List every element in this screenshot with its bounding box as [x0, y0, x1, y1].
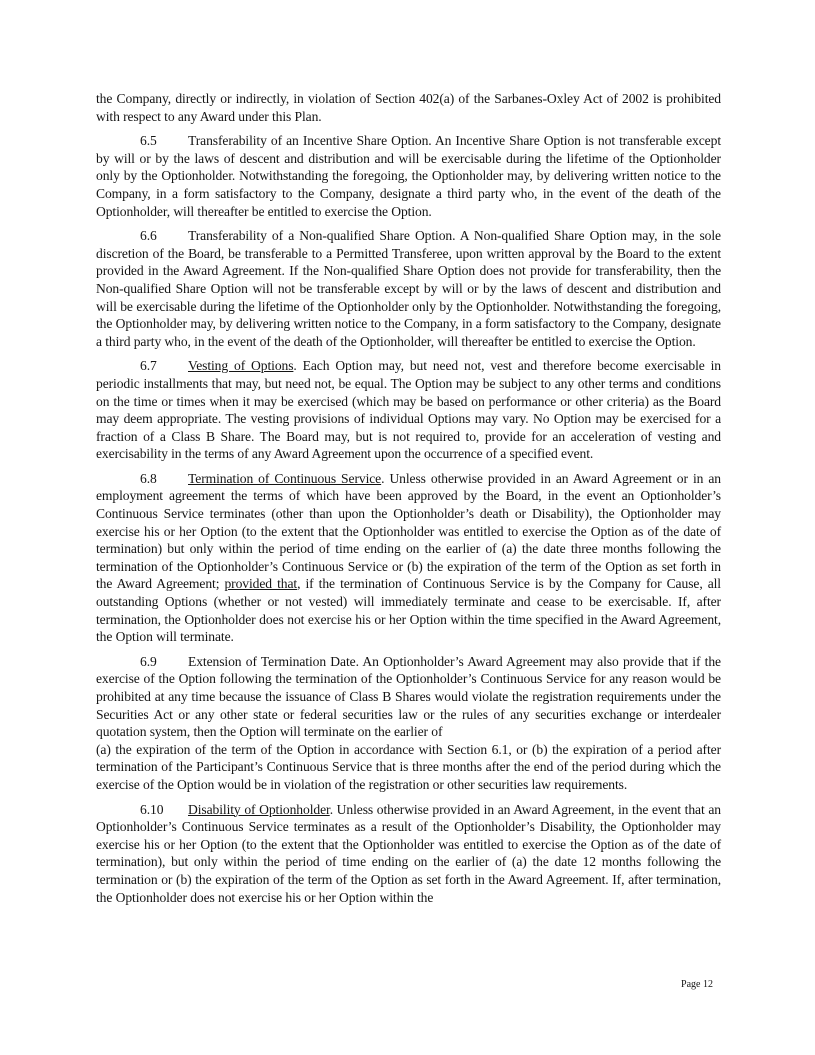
sections-container: 6.5Transferability of an Incentive Share… [96, 132, 721, 906]
text-segment: (a) the expiration of the term of the Op… [96, 742, 721, 792]
section-body: . A Non-qualified Share Option may, in t… [96, 228, 721, 349]
document-page: the Company, directly or indirectly, in … [0, 0, 815, 1055]
section-paragraph: 6.6Transferability of a Non-qualified Sh… [96, 227, 721, 350]
text-segment: . Unless otherwise provided in an Award … [96, 471, 721, 592]
page-number: Page 12 [681, 979, 713, 991]
paragraph-continuation: the Company, directly or indirectly, in … [96, 90, 721, 125]
section-paragraph: 6.10Disability of Optionholder. Unless o… [96, 801, 721, 907]
section-body: . An Optionholder’s Award Agreement may … [96, 654, 721, 792]
section-heading: Extension of Termination Date [188, 654, 356, 669]
section-heading: Vesting of Options [188, 358, 293, 373]
text-segment: . Unless otherwise provided in an Award … [96, 802, 721, 905]
section-paragraph: 6.9Extension of Termination Date. An Opt… [96, 653, 721, 794]
section-number: 6.9 [140, 653, 188, 671]
section-number: 6.6 [140, 227, 188, 245]
text-segment: . A Non-qualified Share Option may, in t… [96, 228, 721, 349]
section-heading: Transferability of an Incentive Share Op… [188, 133, 428, 148]
document-content: the Company, directly or indirectly, in … [96, 90, 721, 906]
section-body: . Unless otherwise provided in an Award … [96, 802, 721, 905]
section-heading: Disability of Optionholder [188, 802, 330, 817]
text-segment: provided that [224, 576, 297, 591]
section-paragraph: 6.8Termination of Continuous Service. Un… [96, 470, 721, 646]
section-number: 6.7 [140, 357, 188, 375]
section-body: . Unless otherwise provided in an Award … [96, 471, 721, 644]
section-paragraph: 6.7Vesting of Options. Each Option may, … [96, 357, 721, 463]
section-number: 6.5 [140, 132, 188, 150]
section-heading: Termination of Continuous Service [188, 471, 381, 486]
section-heading: Transferability of a Non-qualified Share… [188, 228, 452, 243]
section-number: 6.10 [140, 801, 188, 819]
section-paragraph: 6.5Transferability of an Incentive Share… [96, 132, 721, 220]
text-segment: . Each Option may, but need not, vest an… [96, 358, 721, 461]
section-body: . Each Option may, but need not, vest an… [96, 358, 721, 461]
section-number: 6.8 [140, 470, 188, 488]
